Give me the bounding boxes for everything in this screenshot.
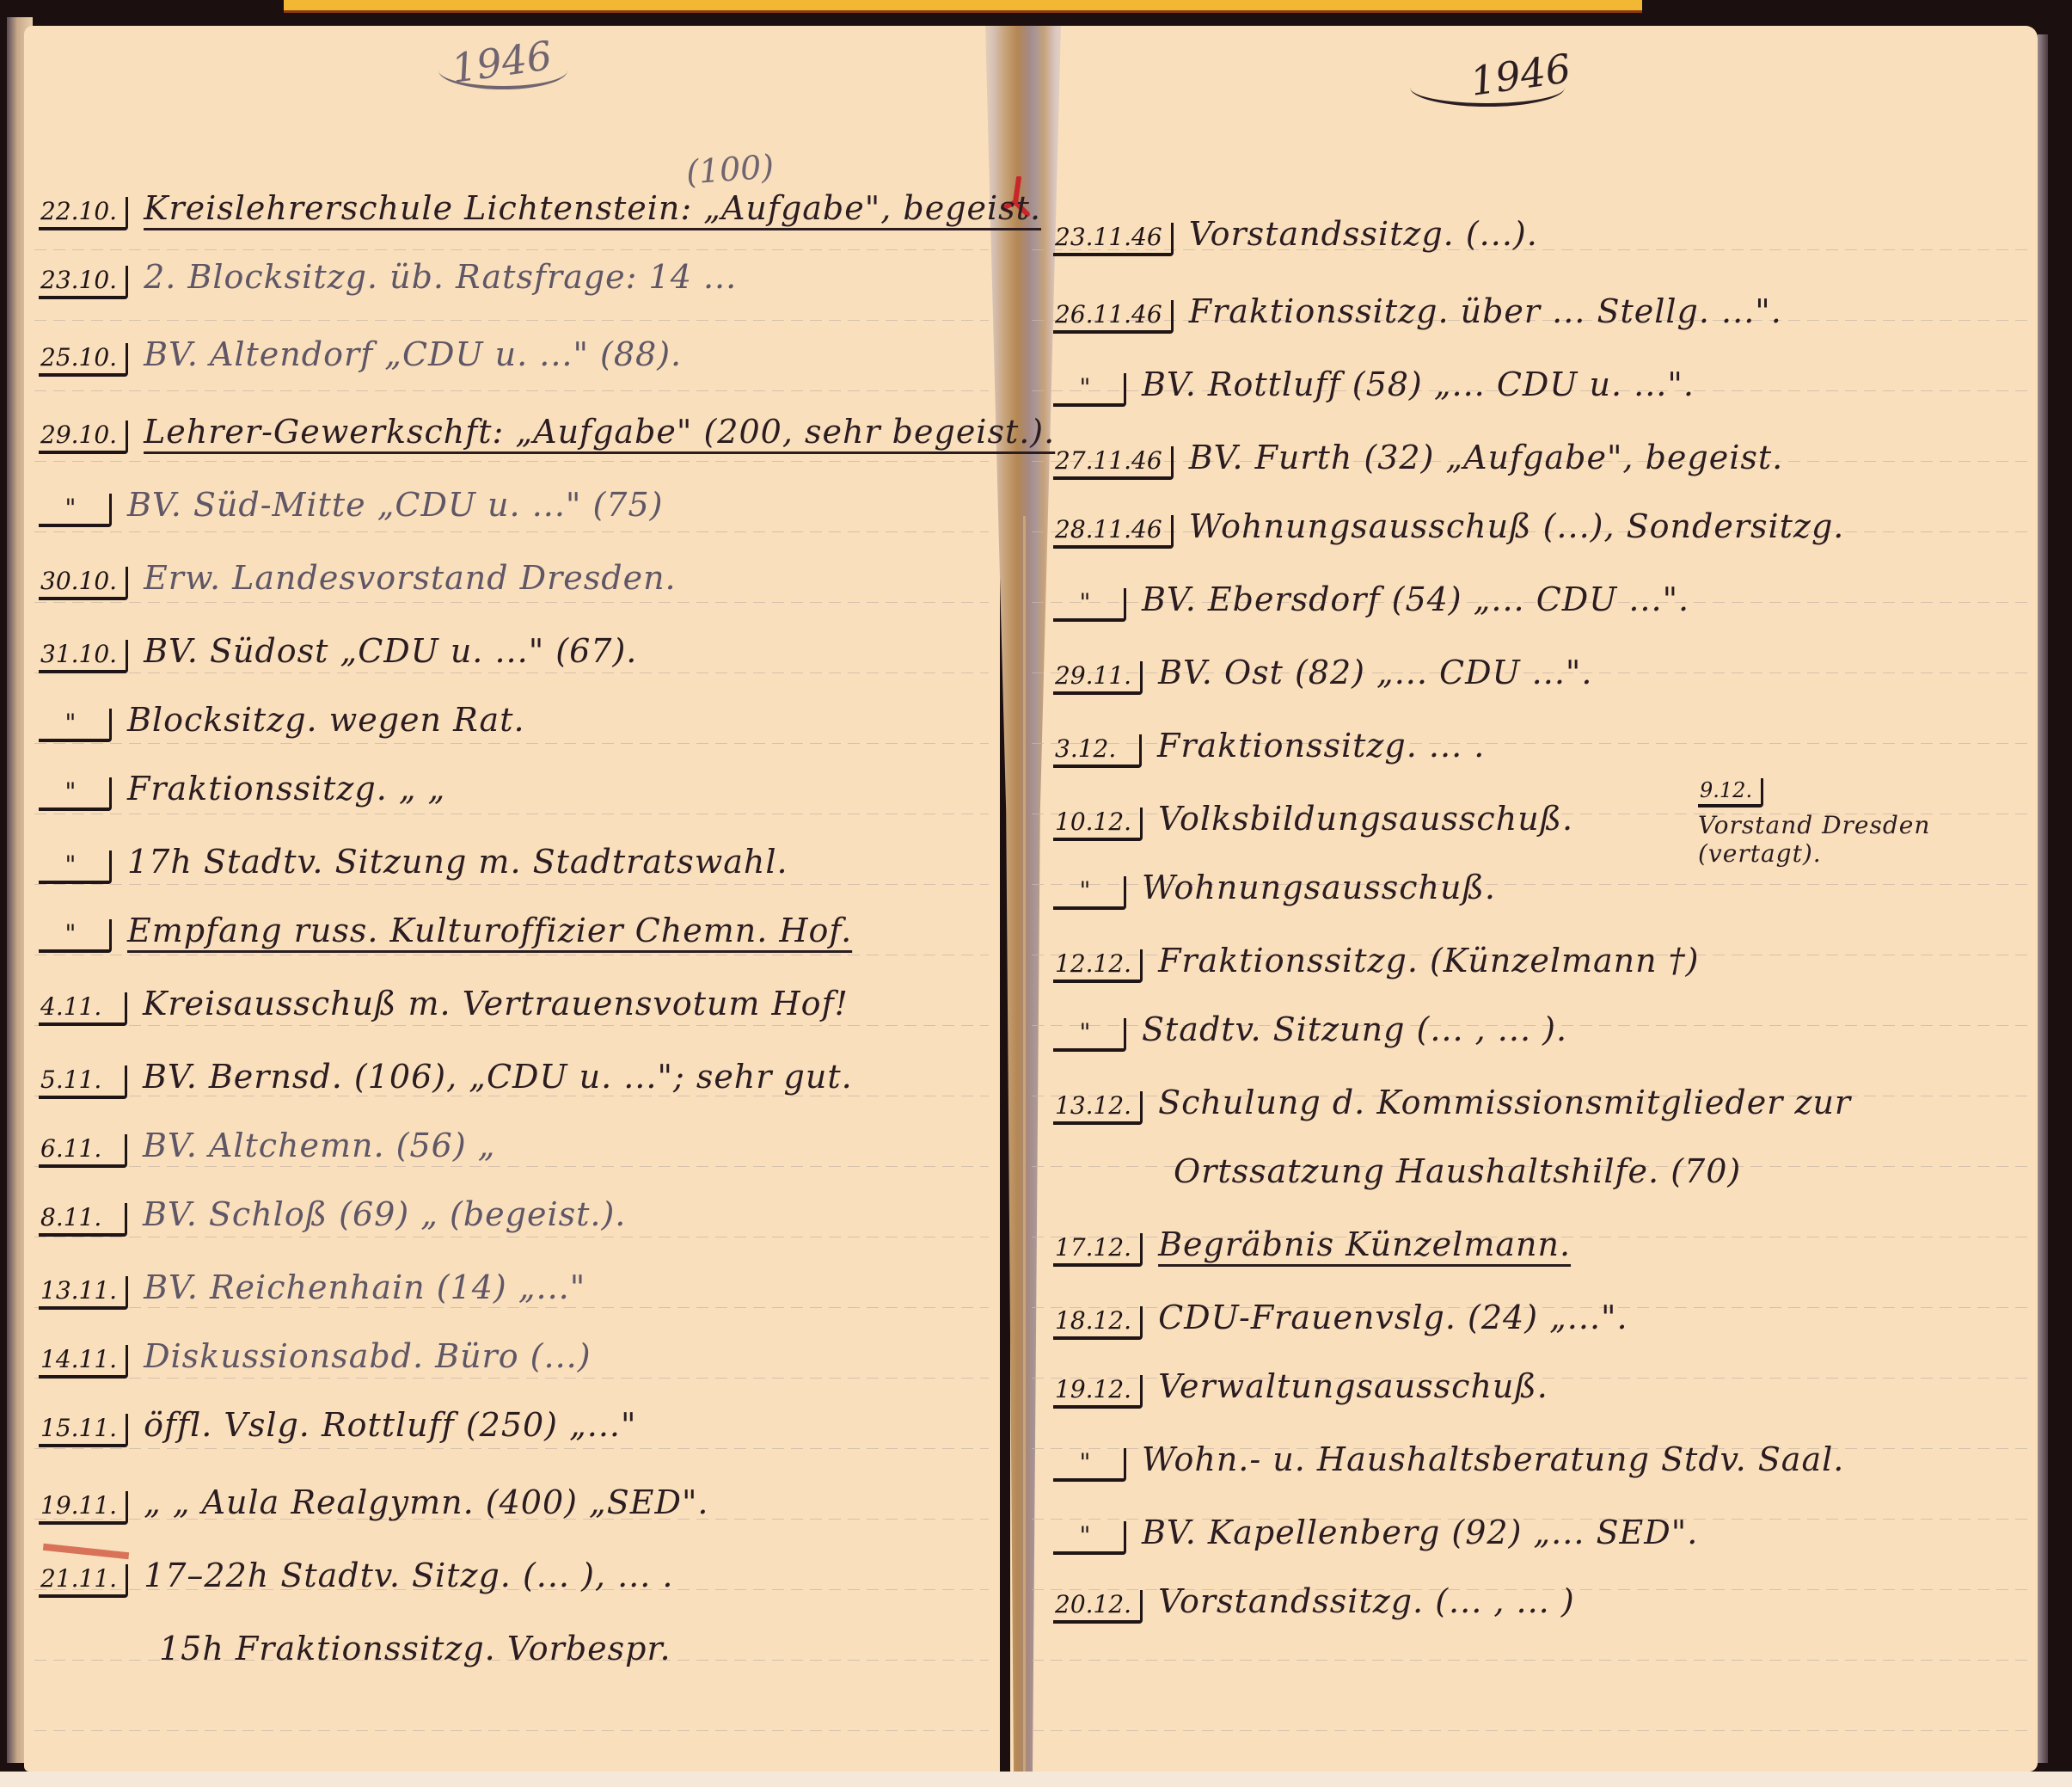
diary-entry: 12.12.Fraktionssitzg. (Künzelmann †) (1053, 942, 1700, 983)
entry-date: 15.11. (39, 1414, 128, 1447)
ruled-line (34, 531, 989, 532)
entry-date: 19.12. (1053, 1375, 1143, 1409)
diary-entry: 31.10.BV. Südost „CDU u. ..." (67). (39, 632, 637, 673)
left-page-number: (100) (685, 147, 775, 191)
entry-date: " (39, 919, 112, 953)
left-year-underline (438, 52, 567, 89)
entry-date: " (1053, 373, 1126, 407)
entry-date: " (1053, 1521, 1126, 1555)
entry-date: 10.12. (1053, 808, 1143, 841)
diary-entry: 10.12.Volksbildungsausschuß. (1053, 800, 1573, 841)
entry-text: Begräbnis Künzelmann. (1158, 1225, 1571, 1263)
diary-entry: 13.12.Schulung d. Kommissionsmitglieder … (1053, 1084, 1851, 1125)
diary-entry: 6.11.BV. Altchemn. (56) „ (39, 1127, 495, 1168)
entry-text: Fraktionssitzg. über ... Stellg. ...". (1189, 292, 1782, 330)
diary-entry: 5.11.BV. Bernsd. (106), „CDU u. ..."; se… (39, 1058, 853, 1099)
entry-text: Fraktionssitzg. „ „ (127, 770, 445, 808)
entry-date: 14.11. (39, 1345, 128, 1379)
entry-date: 6.11. (39, 1134, 127, 1168)
entry-date: " (39, 851, 112, 884)
diary-entry: 25.10.BV. Altendorf „CDU u. ..." (88). (39, 335, 682, 377)
entry-text: Vorstandssitzg. (...). (1189, 215, 1538, 253)
entry-text: 2. Blocksitzg. üb. Ratsfrage: 14 ... (144, 258, 737, 296)
entry-date: 26.11.46 (1053, 300, 1174, 334)
diary-entry: 23.10.2. Blocksitzg. üb. Ratsfrage: 14 .… (39, 258, 737, 299)
entry-text: Wohnungsausschuß (...), Sondersitzg. (1189, 507, 1845, 545)
entry-date: 30.10. (39, 567, 128, 600)
ruled-line (1032, 1660, 2029, 1661)
diary-entry: 28.11.46Wohnungsausschuß (...), Sondersi… (1053, 507, 1844, 549)
ruled-line (34, 884, 989, 885)
entry-text: Fraktionssitzg. (Künzelmann †) (1158, 942, 1699, 979)
ruled-line (34, 1448, 989, 1449)
diary-entry: 19.11.„ „ Aula Realgymn. (400) „SED". (39, 1483, 709, 1525)
entry-text: Erw. Landesvorstand Dresden. (144, 559, 677, 597)
entry-date: 17.12. (1053, 1233, 1143, 1267)
entry-date: 29.11. (1053, 661, 1143, 695)
entry-text: Ortssatzung Haushaltshilfe. (70) (1174, 1152, 1741, 1190)
diary-entry: 26.11.46Fraktionssitzg. über ... Stellg.… (1053, 292, 1782, 334)
entry-text: Lehrer-Gewerkschft: „Aufgabe" (200, sehr… (144, 413, 1055, 451)
entry-text: 17–22h Stadtv. Sitzg. (... ), ... . (144, 1557, 673, 1594)
ruled-line (34, 1730, 989, 1731)
entry-text: BV. Rottluff (58) „... CDU u. ...". (1142, 365, 1695, 403)
diary-entry: 17.12.Begräbnis Künzelmann. (1053, 1225, 1571, 1267)
entry-text: Fraktionssitzg. ... . (1157, 727, 1485, 765)
diary-entry: "Empfang russ. Kulturoffizier Chemn. Hof… (39, 912, 852, 953)
ruled-line (34, 1237, 989, 1237)
entry-text: Schulung d. Kommissionsmitglieder zur (1158, 1084, 1851, 1121)
cover-edge-yellow (284, 0, 1642, 13)
diary-entry: 29.10.Lehrer-Gewerkschft: „Aufgabe" (200… (39, 413, 1055, 454)
diary-entry: 18.12.CDU-Frauenvslg. (24) „...". (1053, 1299, 1628, 1340)
entry-text: 17h Stadtv. Sitzung m. Stadtratswahl. (127, 843, 788, 881)
entry-date: 31.10. (39, 640, 128, 673)
entry-text: BV. Ebersdorf (54) „... CDU ...". (1142, 580, 1689, 618)
diary-entry: "Wohnungsausschuß. (1053, 869, 1496, 910)
entry-date: 13.12. (1053, 1091, 1143, 1125)
entry-text: BV. Furth (32) „Aufgabe", begeist. (1189, 439, 1784, 476)
scan-bottom-margin (0, 1772, 2072, 1787)
entry-text: BV. Reichenhain (14) „..." (144, 1268, 585, 1306)
ruled-line (34, 320, 989, 321)
entry-text: „ „ Aula Realgymn. (400) „SED". (144, 1483, 708, 1521)
entry-date: 28.11.46 (1053, 515, 1174, 549)
entry-text: Wohn.- u. Haushaltsberatung Stdv. Saal. (1142, 1440, 1844, 1478)
entry-text: Kreislehrerschule Lichtenstein: „Aufgabe… (144, 189, 1041, 227)
entry-date: " (1053, 588, 1126, 622)
entry-text: BV. Altchemn. (56) „ (143, 1127, 495, 1164)
entry-text: Volksbildungsausschuß. (1158, 800, 1573, 838)
side-note-date: 9.12. (1698, 778, 1763, 808)
diary-entry: "Wohn.- u. Haushaltsberatung Stdv. Saal. (1053, 1440, 1844, 1482)
entry-date: 4.11. (39, 992, 127, 1026)
entry-date: " (39, 709, 112, 742)
entry-date: 23.11.46 (1053, 223, 1174, 256)
diary-entry: 20.12.Vorstandssitzg. (... , ... ) (1053, 1582, 1575, 1624)
ruled-line (34, 249, 989, 250)
diary-entry: 3.12.Fraktionssitzg. ... . (1053, 727, 1485, 768)
entry-date: 23.10. (39, 266, 128, 299)
ruled-line (34, 814, 989, 814)
entry-text: BV. Südost „CDU u. ..." (67). (144, 632, 637, 670)
side-note-text: Vorstand Dresden (vertagt). (1698, 811, 1982, 868)
entry-text: BV. Bernsd. (106), „CDU u. ..."; sehr gu… (143, 1058, 853, 1096)
diary-entry: 8.11.BV. Schloß (69) „ (begeist.). (39, 1195, 626, 1237)
entry-date: 22.10. (39, 197, 128, 230)
diary-entry: Ortssatzung Haushaltshilfe. (70) (1053, 1152, 1741, 1190)
entry-date: 3.12. (1053, 734, 1142, 768)
page-stack-edge-right (2038, 34, 2048, 1763)
diary-entry: "17h Stadtv. Sitzung m. Stadtratswahl. (39, 843, 788, 884)
entry-text: Empfang russ. Kulturoffizier Chemn. Hof. (127, 912, 852, 949)
entry-text: BV. Kapellenberg (92) „... SED". (1142, 1514, 1698, 1551)
diary-entry: 15h Fraktionssitzg. Vorbespr. (39, 1630, 671, 1667)
entry-date: 25.10. (39, 343, 128, 377)
right-year-underline (1410, 69, 1565, 107)
diary-entry: "Stadtv. Sitzung (... , ... ). (1053, 1010, 1567, 1052)
diary-entry: 4.11.Kreisausschuß m. Vertrauensvotum Ho… (39, 985, 849, 1026)
diary-entry: "BV. Rottluff (58) „... CDU u. ...". (1053, 365, 1695, 407)
entry-text: BV. Altendorf „CDU u. ..." (88). (144, 335, 682, 373)
ruled-line (34, 602, 989, 603)
diary-entry: "Blocksitzg. wegen Rat. (39, 701, 525, 742)
entry-date: 8.11. (39, 1203, 127, 1237)
entry-text: BV. Ost (82) „... CDU ...". (1158, 654, 1592, 691)
entry-text: Blocksitzg. wegen Rat. (127, 701, 525, 739)
entry-text: BV. Schloß (69) „ (begeist.). (143, 1195, 626, 1233)
diary-entry: 29.11.BV. Ost (82) „... CDU ...". (1053, 654, 1592, 695)
entry-text: Verwaltungsausschuß. (1158, 1367, 1548, 1405)
entry-text: Diskussionsabd. Büro (...) (144, 1337, 592, 1375)
entry-date (1053, 1181, 1158, 1182)
entry-date: " (39, 777, 112, 811)
entry-text: BV. Süd-Mitte „CDU u. ..." (75) (127, 486, 664, 524)
entry-text: Stadtv. Sitzung (... , ... ). (1142, 1010, 1567, 1048)
diary-entry: "Fraktionssitzg. „ „ (39, 770, 445, 811)
entry-text: CDU-Frauenvslg. (24) „...". (1158, 1299, 1628, 1336)
ruled-line (34, 955, 989, 955)
ruled-line (34, 743, 989, 744)
entry-date: 18.12. (1053, 1306, 1143, 1340)
ruled-line (34, 461, 989, 462)
diary-entry: 14.11.Diskussionsabd. Büro (...) (39, 1337, 592, 1379)
diary-entry: "BV. Süd-Mitte „CDU u. ..." (75) (39, 486, 664, 527)
entry-text: 15h Fraktionssitzg. Vorbespr. (159, 1630, 671, 1667)
entry-text: Wohnungsausschuß. (1142, 869, 1496, 906)
entry-text: Kreisausschuß m. Vertrauensvotum Hof! (143, 985, 849, 1022)
diary-entry: 22.10.Kreislehrerschule Lichtenstein: „A… (39, 189, 1041, 230)
ruled-line (1032, 1730, 2029, 1731)
entry-date: " (1053, 1018, 1126, 1052)
diary-entry: 23.11.46Vorstandssitzg. (...). (1053, 215, 1538, 256)
entry-date: 27.11.46 (1053, 446, 1174, 480)
entry-date: 5.11. (39, 1065, 127, 1099)
entry-date: 20.12. (1053, 1590, 1143, 1624)
binding-fold-line (1023, 516, 1026, 1772)
entry-text: öffl. Vslg. Rottluff (250) „..." (144, 1406, 636, 1444)
ruled-line (34, 390, 989, 391)
side-note: 9.12. Vorstand Dresden (vertagt). (1698, 778, 1982, 868)
entry-date (39, 1658, 144, 1660)
entry-date: 19.11. (39, 1491, 128, 1525)
entry-date: " (39, 494, 112, 527)
diary-entry: 13.11.BV. Reichenhain (14) „..." (39, 1268, 585, 1310)
entry-date: 12.12. (1053, 949, 1143, 983)
entry-date: 13.11. (39, 1276, 128, 1310)
entry-date: " (1053, 876, 1126, 910)
entry-date: " (1053, 1448, 1126, 1482)
entry-date: 29.10. (39, 421, 128, 454)
diary-entry: 19.12.Verwaltungsausschuß. (1053, 1367, 1548, 1409)
entry-date: 21.11. (39, 1564, 128, 1598)
entry-text: Vorstandssitzg. (... , ... ) (1158, 1582, 1575, 1620)
diary-entry: "BV. Ebersdorf (54) „... CDU ...". (1053, 580, 1689, 622)
diary-entry: 21.11.17–22h Stadtv. Sitzg. (... ), ... … (39, 1557, 673, 1598)
diary-entry: 27.11.46BV. Furth (32) „Aufgabe", begeis… (1053, 439, 1783, 480)
diary-entry: 30.10.Erw. Landesvorstand Dresden. (39, 559, 677, 600)
diary-entry: 15.11.öffl. Vslg. Rottluff (250) „..." (39, 1406, 637, 1447)
diary-entry: "BV. Kapellenberg (92) „... SED". (1053, 1514, 1698, 1555)
